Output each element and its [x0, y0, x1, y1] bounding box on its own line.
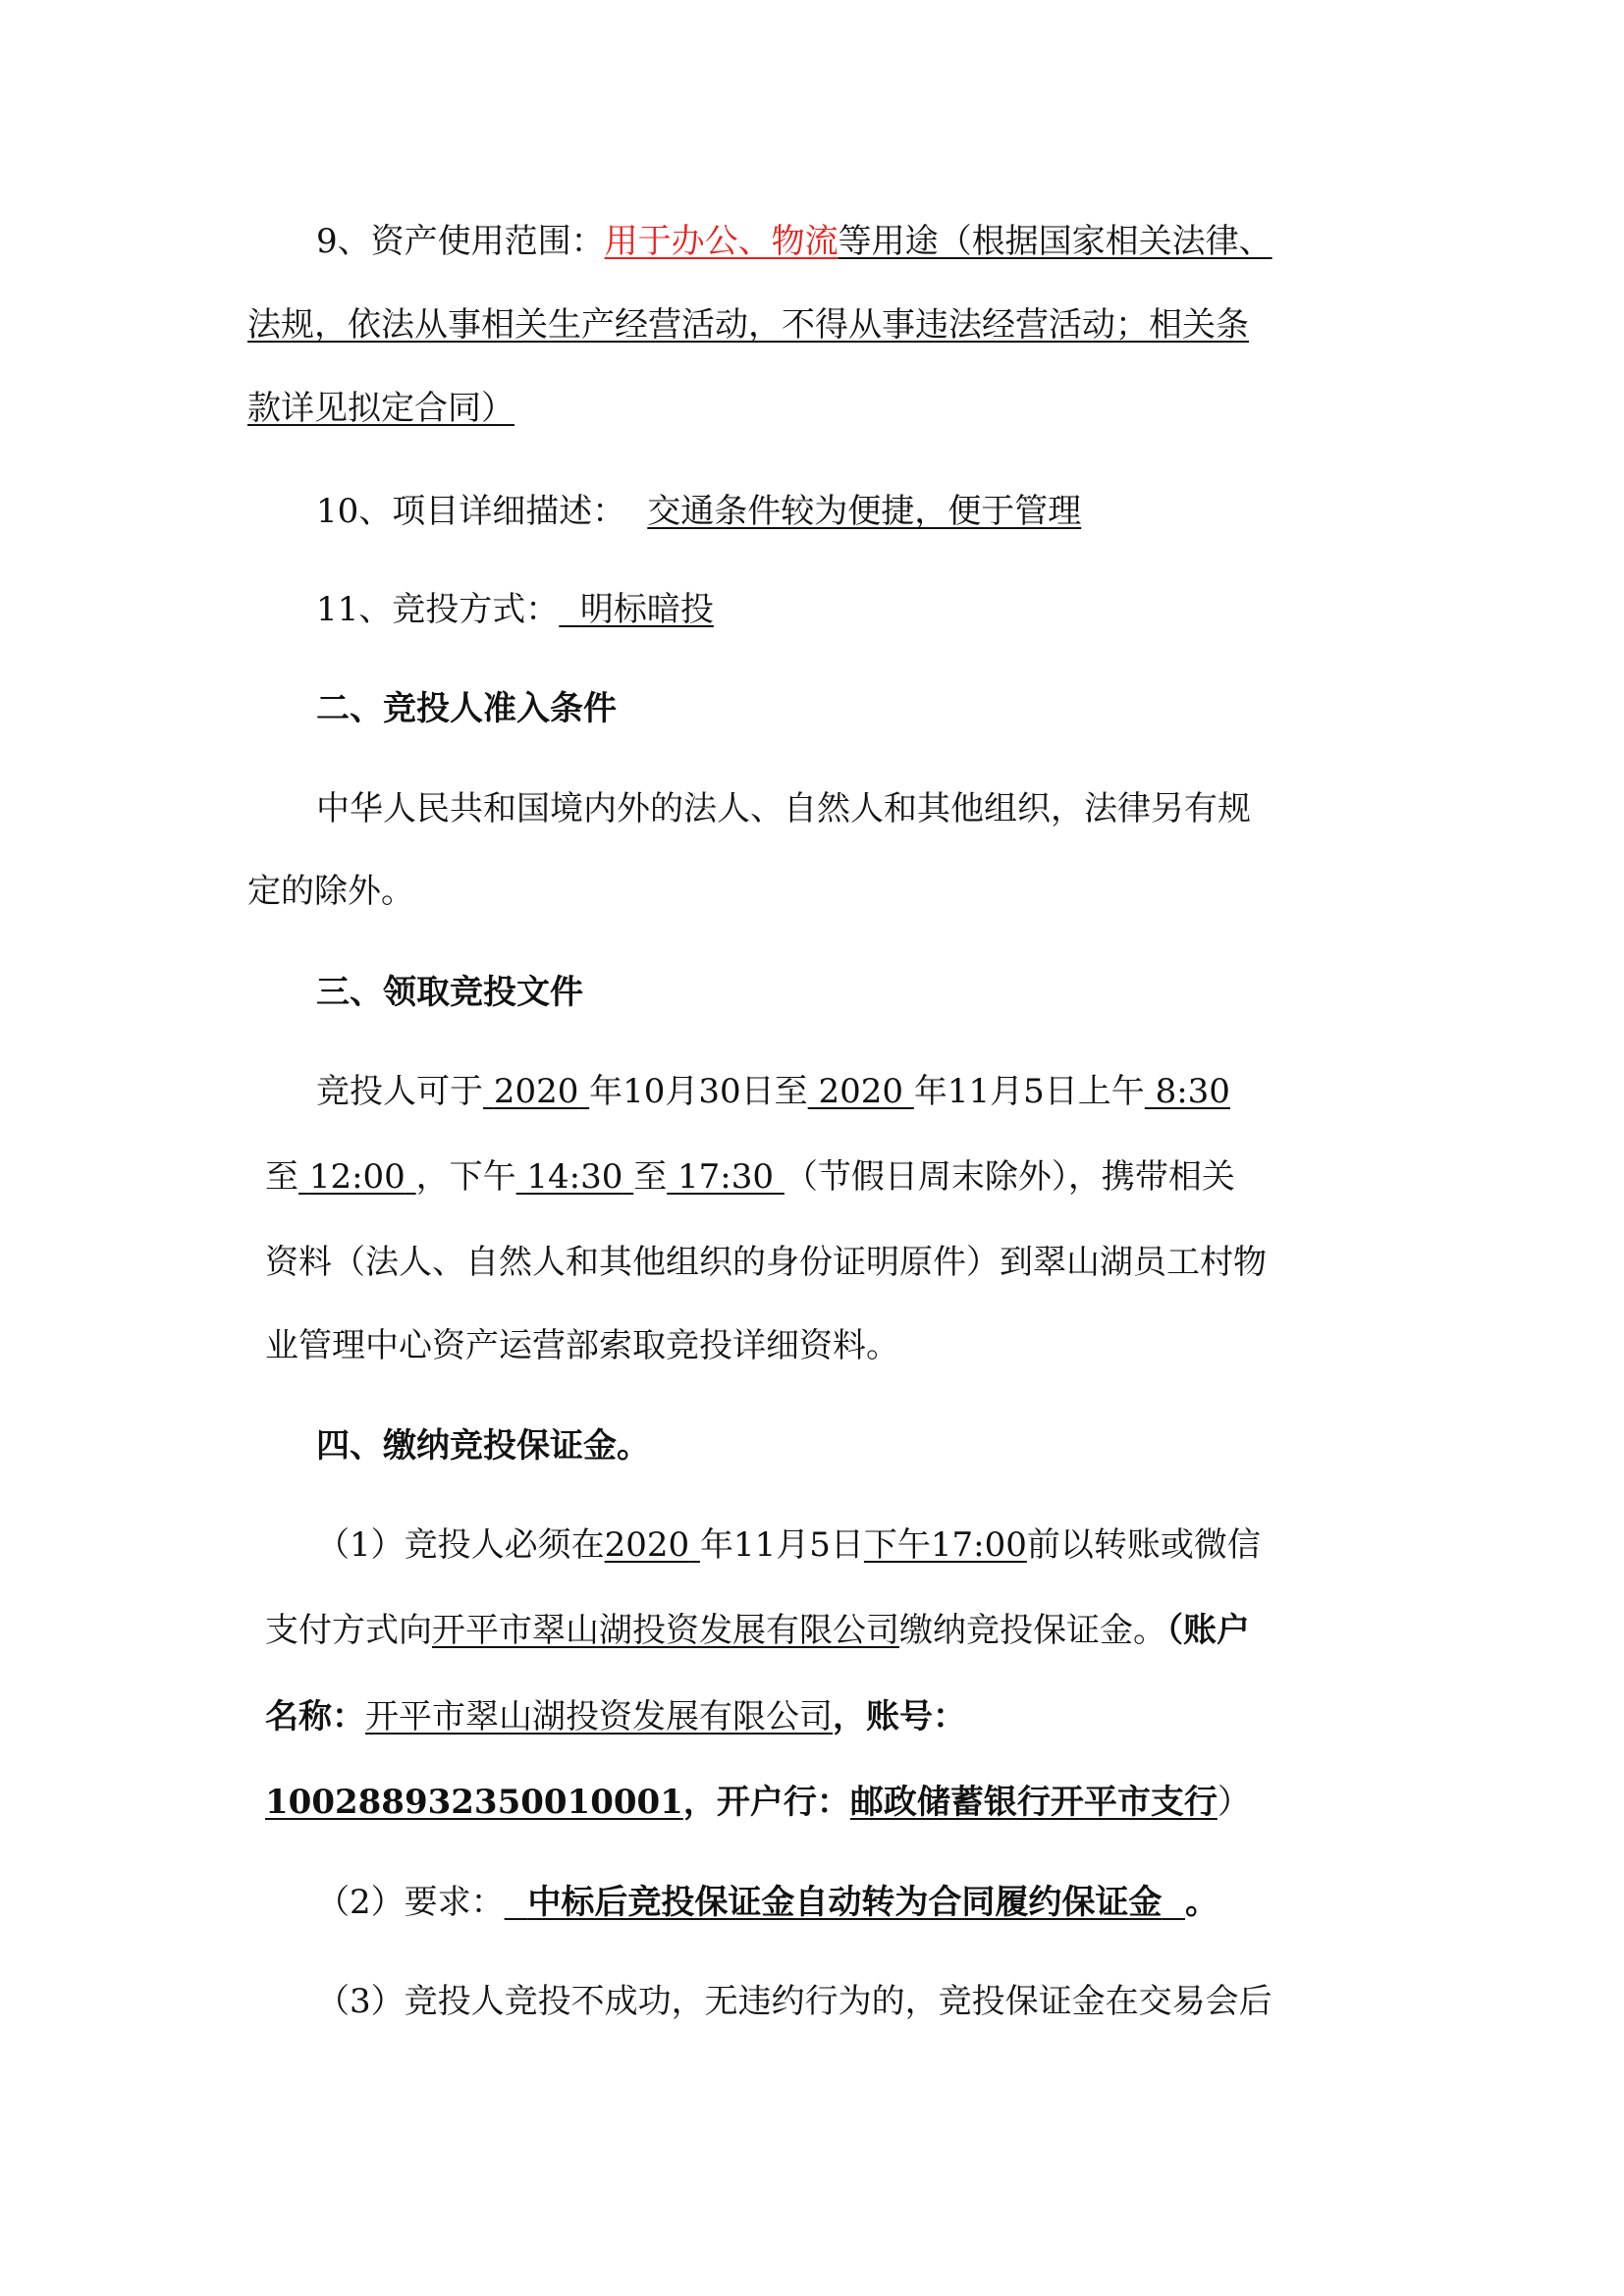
holiday-note: （节假日周末除外），携带相关 [785, 1157, 1235, 1197]
account-number: 100288932350010001 [265, 1783, 683, 1822]
deposit-method: 前以转账或微信 [1027, 1525, 1261, 1565]
pickup-start-year: 2020 [483, 1072, 589, 1111]
section-4-item-3: （3）竞投人竞投不成功，无违约行为的，竞投保证金在交易会后 [316, 1982, 1272, 2021]
item-10-label: 10、项目详细描述： [316, 492, 625, 531]
deposit-year: 2020 [605, 1525, 700, 1565]
pm-start-time: 14:30 [516, 1157, 634, 1197]
deposit-year-text: 2020 [605, 1525, 690, 1565]
section-4-item-1-line-1: （1）竞投人必须在2020 年11月5日下午17:00前以转账或微信 [316, 1525, 1261, 1565]
section-3-line-3: 资料（法人、自然人和其他组织的身份证明原件）到翠山湖员工村物 [265, 1243, 1267, 1282]
section-3-line-2: 至 12:00 ，下午 14:30 至 17:30 （节假日周末除外），携带相关 [265, 1157, 1235, 1197]
item-9-label: 9、资产使用范围： [316, 222, 605, 261]
account-name-label: 名称： [265, 1697, 365, 1736]
am-end-time: 12:00 [298, 1157, 416, 1197]
section-3-text-start: 竞投人可于 [316, 1072, 483, 1111]
item-9-usage-rest: 等用途（根据国家相关法律、 [839, 222, 1272, 261]
deposit-deadline: 下午17:00 [864, 1525, 1027, 1565]
to-label-2: 至 [633, 1157, 667, 1197]
section-3-line-4: 业管理中心资产运营部索取竞投详细资料。 [265, 1326, 899, 1365]
deposit-date: 年11月5日 [700, 1525, 864, 1565]
requirement-end: 。 [1185, 1883, 1218, 1922]
item-11: 11、竞投方式： 明标暗投 [316, 590, 714, 629]
section-4-item-1-line-4: 100288932350010001，开户行：邮政储蓄银行开平市支行） [265, 1783, 1251, 1822]
deposit-text-mid: 缴纳竞投保证金。 [899, 1611, 1166, 1650]
payment-method-text: 支付方式向 [265, 1611, 432, 1650]
pickup-start-year-text: 2020 [494, 1072, 579, 1111]
am-start-time-text: 8:30 [1156, 1072, 1230, 1111]
item-11-value: 明标暗投 [559, 590, 714, 629]
am-start-time: 8:30 [1145, 1072, 1230, 1111]
section-3-heading: 三、领取竞投文件 [316, 973, 583, 1012]
item-11-label: 11、竞投方式： [316, 590, 559, 629]
requirement-value: 中标后竞投保证金自动转为合同履约保证金 [505, 1883, 1185, 1922]
item-11-value-text: 明标暗投 [580, 590, 714, 629]
pm-end-time: 17:30 [667, 1157, 785, 1197]
pickup-end-year-text: 2020 [819, 1072, 904, 1111]
pm-label: ，下午 [416, 1157, 516, 1197]
payee-company: 开平市翠山湖投资发展有限公司 [432, 1611, 899, 1650]
bank-name: 邮政储蓄银行开平市支行 [850, 1783, 1218, 1822]
item-10-value: 交通条件较为便捷，便于管理 [647, 492, 1081, 531]
bank-label: ，开户行： [683, 1783, 850, 1822]
am-end-time-text: 12:00 [309, 1157, 406, 1197]
requirement-value-text: 中标后竞投保证金自动转为合同履约保证金 [527, 1883, 1162, 1922]
item-9-line-3: 款详见拟定合同） [247, 389, 514, 428]
requirement-label: （2）要求： [316, 1883, 505, 1922]
section-2-heading: 二、竞投人准入条件 [316, 689, 617, 728]
section-3-line-1: 竞投人可于 2020 年10月30日至 2020 年11月5日上午 8:30 [316, 1072, 1230, 1111]
pickup-start-date: 年10月30日至 [589, 1072, 808, 1111]
item-9-line-2: 法规，依法从事相关生产经营活动，不得从事违法经营活动；相关条 [247, 305, 1249, 345]
item-9-line-1: 9、资产使用范围：用于办公、物流等用途（根据国家相关法律、 [316, 222, 1272, 261]
account-number-label: ，账号： [833, 1697, 966, 1736]
pickup-end-year: 2020 [808, 1072, 914, 1111]
section-2-line-1: 中华人民共和国境内外的法人、自然人和其他组织，法律另有规 [316, 789, 1251, 828]
pm-end-time-text: 17:30 [677, 1157, 774, 1197]
pickup-end-date: 年11月5日上午 [914, 1072, 1145, 1111]
account-label-start: （账户 [1166, 1611, 1250, 1650]
close-paren: ） [1218, 1783, 1251, 1822]
section-4-heading: 四、缴纳竞投保证金。 [316, 1426, 650, 1466]
deposit-text-start: （1）竞投人必须在 [316, 1525, 605, 1565]
item-10: 10、项目详细描述：交通条件较为便捷，便于管理 [316, 492, 1081, 531]
to-label-1: 至 [265, 1157, 298, 1197]
section-2-line-2: 定的除外。 [247, 872, 414, 911]
item-9-usage-highlight: 用于办公、物流 [605, 222, 839, 261]
account-name: 开平市翠山湖投资发展有限公司 [365, 1697, 833, 1736]
pm-start-time-text: 14:30 [526, 1157, 623, 1197]
section-4-item-1-line-2: 支付方式向开平市翠山湖投资发展有限公司缴纳竞投保证金。（账户 [265, 1611, 1250, 1650]
section-4-item-1-line-3: 名称：开平市翠山湖投资发展有限公司，账号： [265, 1697, 966, 1736]
section-4-item-2: （2）要求： 中标后竞投保证金自动转为合同履约保证金 。 [316, 1883, 1218, 1922]
